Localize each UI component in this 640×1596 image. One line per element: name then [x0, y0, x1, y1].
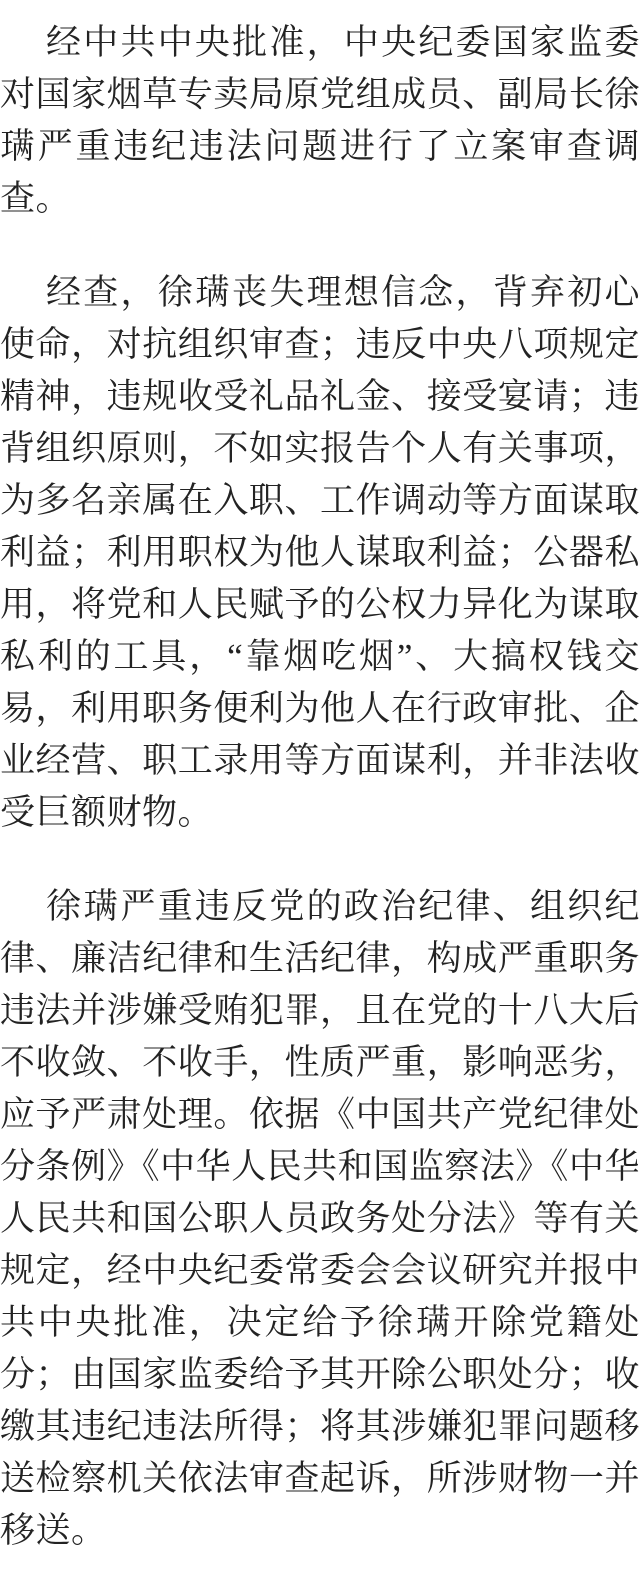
article-paragraph-3: 徐𫞩严重违反党的政治纪律、组织纪律、廉洁纪律和生活纪律，构成严重职务违法并涉嫌受…: [0, 881, 640, 1557]
document-page: 经中共中央批准，中央纪委国家监委对国家烟草专卖局原党组成员、副局长徐𫞩严重违纪违…: [0, 0, 640, 1596]
article-body: 经中共中央批准，中央纪委国家监委对国家烟草专卖局原党组成员、副局长徐𫞩严重违纪违…: [0, 17, 640, 1557]
article-paragraph-1: 经中共中央批准，中央纪委国家监委对国家烟草专卖局原党组成员、副局长徐𫞩严重违纪违…: [0, 17, 640, 225]
article-paragraph-2: 经查，徐𫞩丧失理想信念，背弃初心使命，对抗组织审查；违反中央八项规定精神，违规收…: [0, 267, 640, 839]
